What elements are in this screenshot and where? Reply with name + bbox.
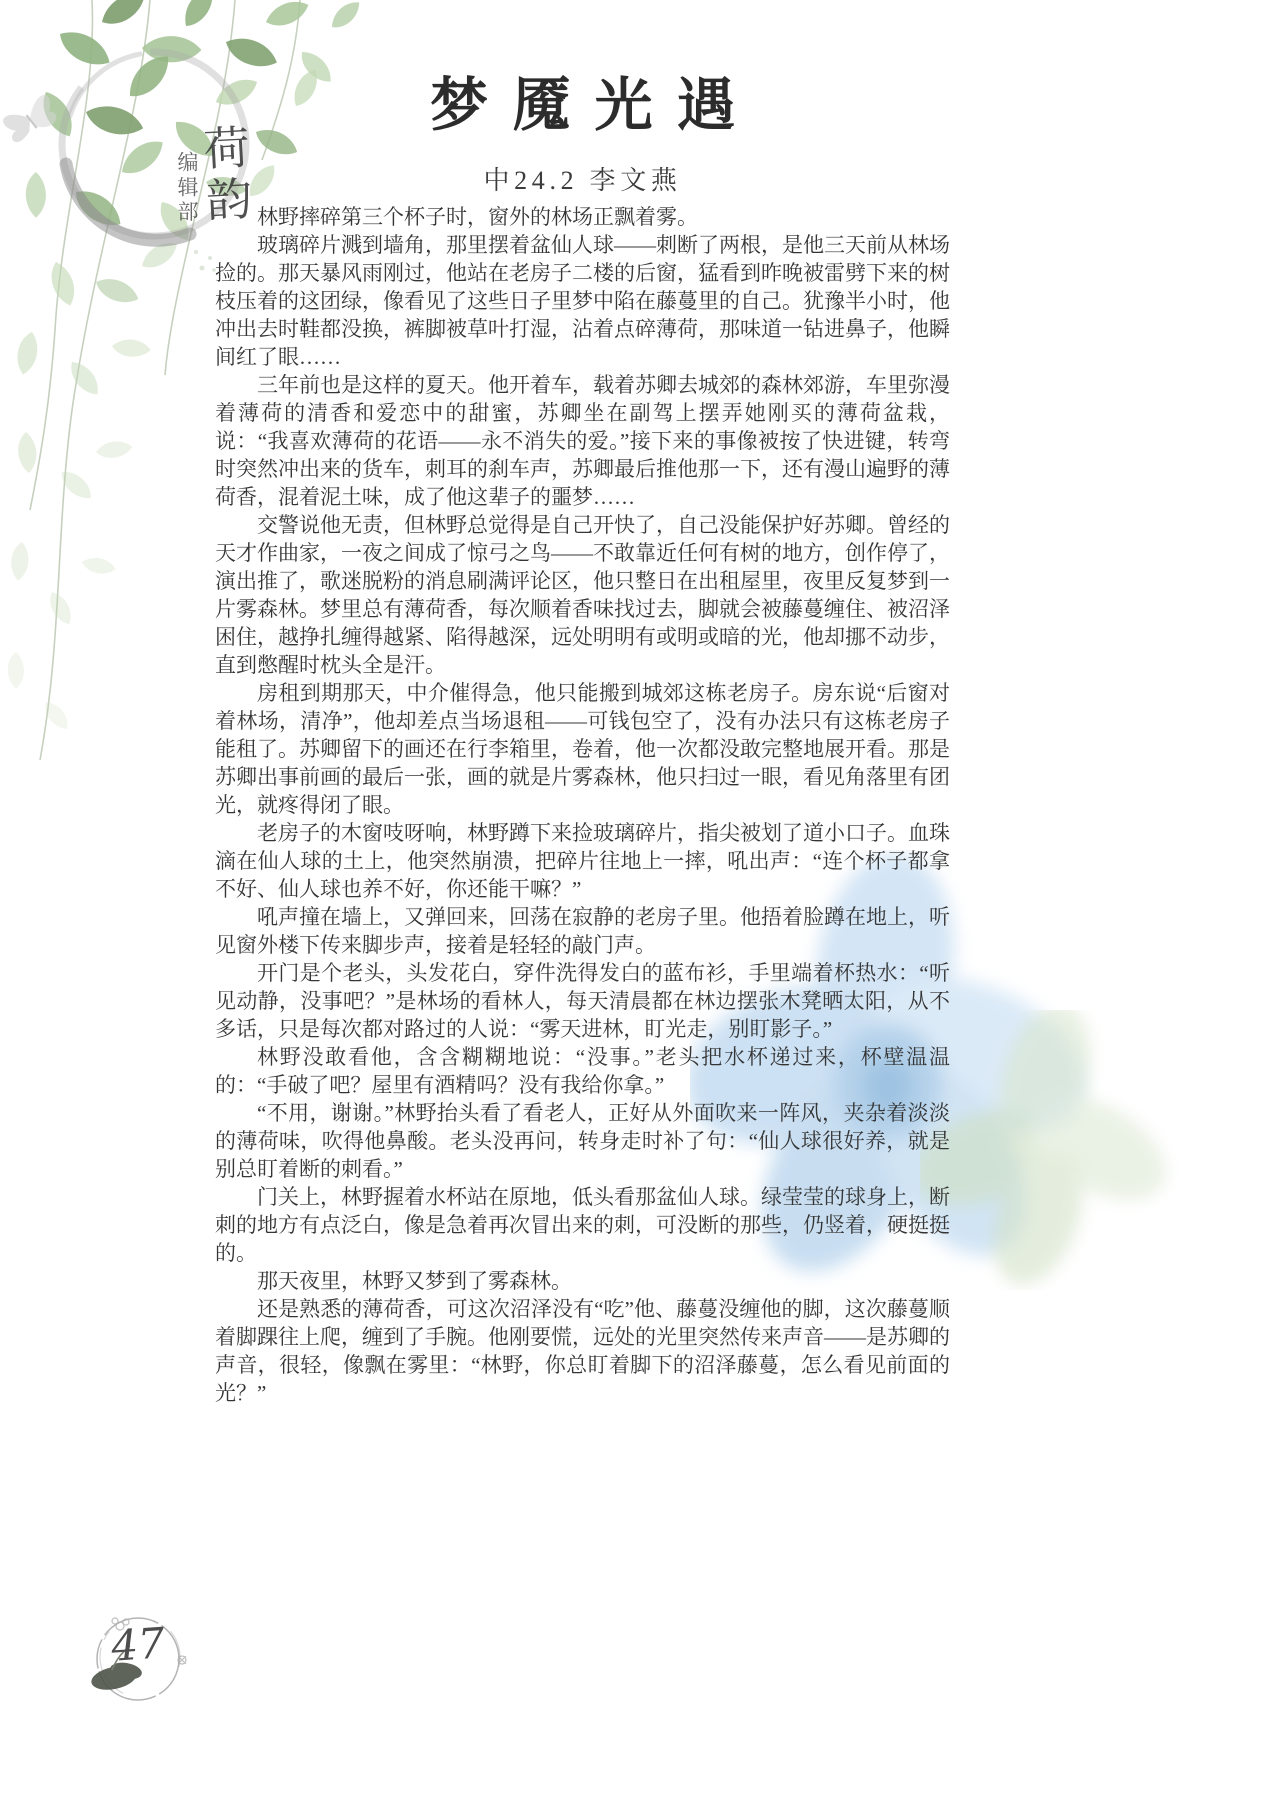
magazine-page: { "article": { "title": "梦魇光遇", "byline"… bbox=[0, 0, 1268, 1806]
green-flower-watermark bbox=[920, 1010, 1180, 1290]
paragraph: 三年前也是这样的夏天。他开着车，载着苏卿去城郊的森林郊游，车里弥漫着薄荷的清香和… bbox=[215, 371, 950, 511]
article-body: 林野摔碎第三个杯子时，窗外的林场正飘着雾。 玻璃碎片溅到墙角，那里摆着盆仙人球—… bbox=[215, 203, 950, 1407]
paragraph: 玻璃碎片溅到墙角，那里摆着盆仙人球——刺断了两根，是他三天前从林场捡的。那天暴风… bbox=[215, 231, 950, 371]
page-number-badge: 47 bbox=[82, 1612, 197, 1712]
paragraph: 林野摔碎第三个杯子时，窗外的林场正飘着雾。 bbox=[215, 203, 950, 231]
page-number: 47 bbox=[104, 1618, 171, 1671]
article-title: 梦魇光遇 bbox=[215, 58, 950, 142]
paragraph: 吼声撞在墙上，又弹回来，回荡在寂静的老房子里。他捂着脸蹲在地上，听见窗外楼下传来… bbox=[215, 903, 950, 959]
paragraph: “不用，谢谢。”林野抬头看了看老人，正好从外面吹来一阵风，夹杂着淡淡的薄荷味，吹… bbox=[215, 1099, 950, 1183]
paragraph: 房租到期那天，中介催得急，他只能搬到城郊这栋老房子。房东说“后窗对着林场，清净”… bbox=[215, 679, 950, 819]
stamp-department: 编辑部 bbox=[176, 151, 197, 225]
paragraph: 林野没敢看他，含含糊糊地说：“没事。”老头把水杯递过来，杯壁温温的：“手破了吧？… bbox=[215, 1043, 950, 1099]
paragraph: 开门是个老头，头发花白，穿件洗得发白的蓝布衫，手里端着杯热水：“听见动静，没事吧… bbox=[215, 959, 950, 1043]
paragraph: 门关上，林野握着水杯站在原地，低头看那盆仙人球。绿莹莹的球身上，断刺的地方有点泛… bbox=[215, 1183, 950, 1267]
paragraph: 老房子的木窗吱呀响，林野蹲下来捡玻璃碎片，指尖被划了道小口子。血珠滴在仙人球的土… bbox=[215, 819, 950, 903]
paragraph: 还是熟悉的薄荷香，可这次沼泽没有“吃”他、藤蔓没缠他的脚，这次藤蔓顺着脚踝往上爬… bbox=[215, 1295, 950, 1407]
article-byline: 中24.2 李文燕 bbox=[215, 160, 950, 197]
paragraph: 那天夜里，林野又梦到了雾森林。 bbox=[215, 1267, 950, 1295]
paragraph: 交警说他无责，但林野总觉得是自己开快了，自己没能保护好苏卿。曾经的天才作曲家，一… bbox=[215, 511, 950, 679]
article-header: 梦魇光遇 中24.2 李文燕 bbox=[215, 58, 950, 197]
